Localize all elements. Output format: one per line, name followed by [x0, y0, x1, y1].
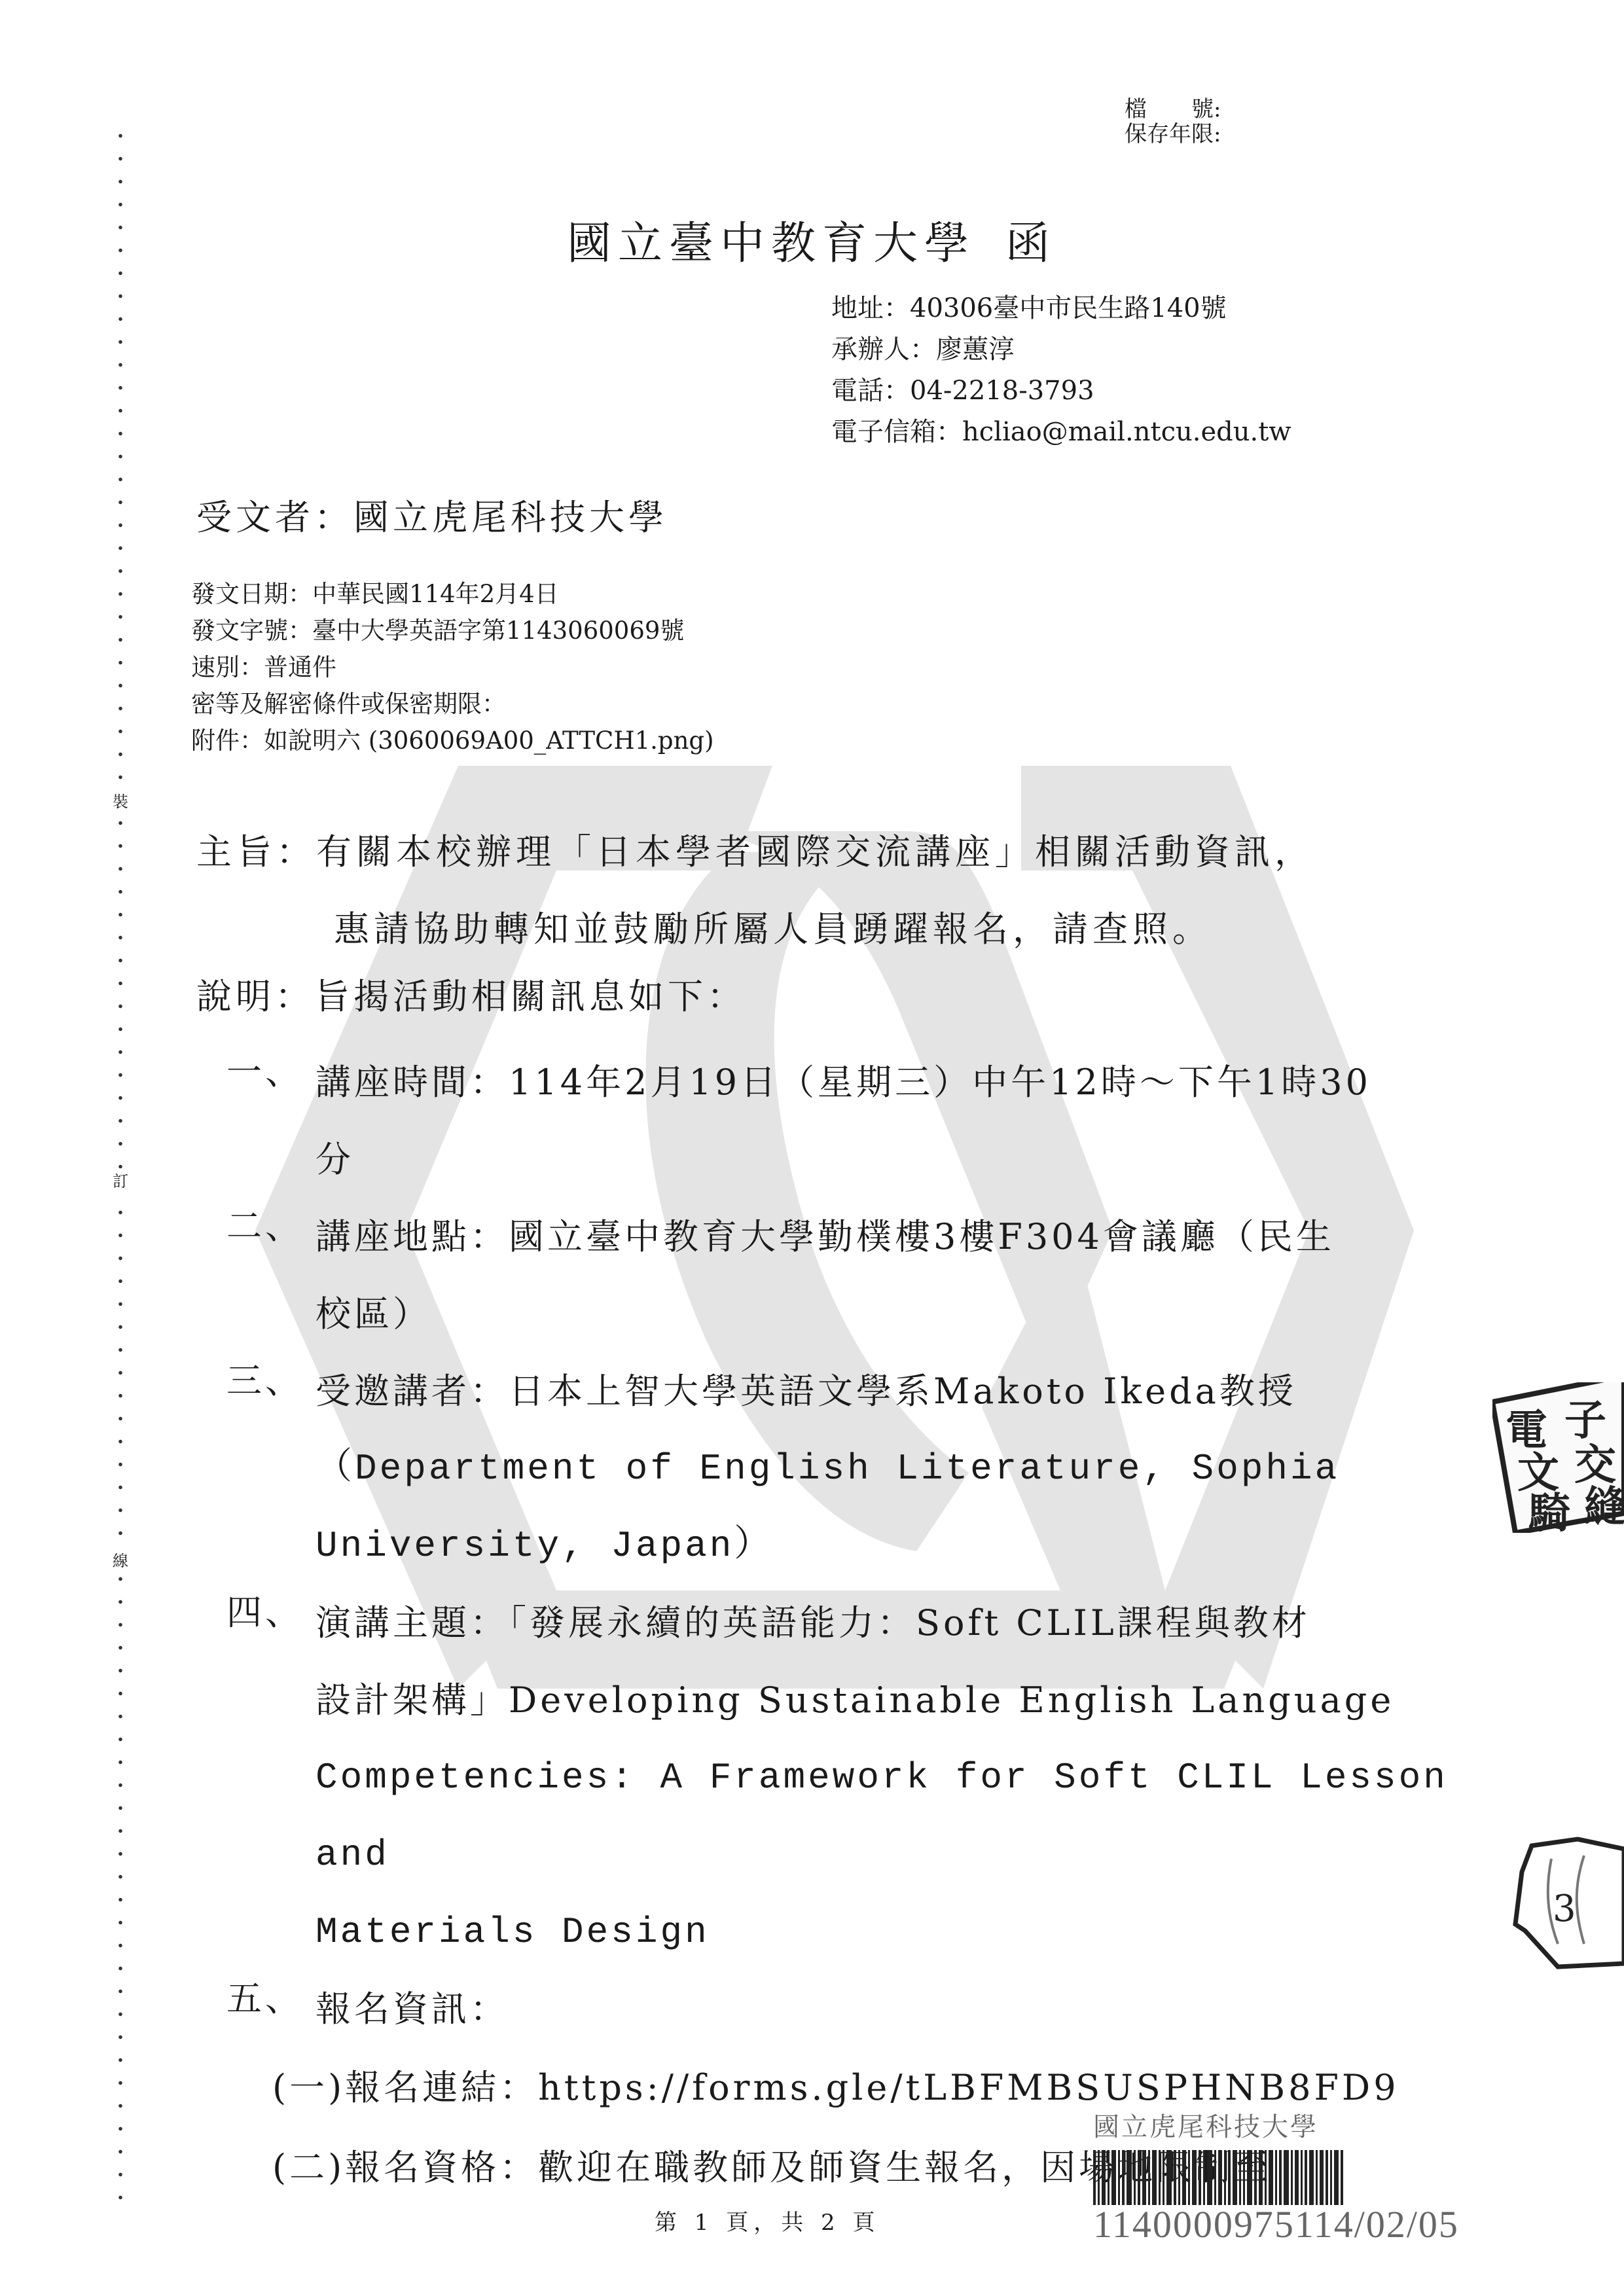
- list-item: 二、 講座地點：國立臺中教育大學勤樸樓3樓F304會議廳（民生 校區）: [226, 1198, 1457, 1353]
- item-number: 四、: [226, 1585, 316, 1971]
- sender-name: 國立臺中教育大學: [567, 218, 975, 270]
- item-number: 二、: [226, 1198, 316, 1353]
- item-line: 校區）: [316, 1276, 1457, 1353]
- contact-block: 地址：40306臺中市民生路140號 承辦人：廖蕙淳 電話：04-2218-37…: [831, 288, 1291, 453]
- item-line: 受邀講者：日本上智大學英語文學系Makoto Ikeda教授: [316, 1353, 1457, 1430]
- svg-text:電: 電: [1506, 1406, 1547, 1455]
- item-line: 分: [316, 1121, 1457, 1198]
- list-item: 四、 演講主題：「發展永續的英語能力：Soft CLIL課程與教材 設計架構」D…: [226, 1585, 1457, 1971]
- item-line: Materials Design: [316, 1893, 1457, 1971]
- item-number: 三、: [226, 1353, 316, 1585]
- secrecy-level: 密等及解密條件或保密期限：: [191, 686, 714, 723]
- urgency: 速別：普通件: [191, 649, 714, 686]
- file-number-label: 檔 號:: [1125, 97, 1221, 122]
- binding-label-line: 線: [110, 1548, 131, 1574]
- svg-text:騎: 騎: [1528, 1489, 1570, 1533]
- reference-number: 發文字號：臺中大學英語字第1143060069號: [191, 613, 714, 649]
- address: 地址：40306臺中市民生路140號: [831, 288, 1291, 329]
- list-item: 一、 講座時間：114年2月19日（星期三）中午12時～下午1時30 分: [226, 1044, 1457, 1198]
- receipt-stamp: 國立虎尾科技大學 1140000975 114/02/05: [1093, 2106, 1434, 2246]
- item-line: Competencies: A Framework for Soft CLIL …: [316, 1739, 1457, 1893]
- document-type: 函: [1005, 218, 1056, 270]
- handler: 承辦人：廖蕙淳: [831, 329, 1291, 370]
- electronic-doc-seal: 電 子 文 交 騎 縫: [1492, 1382, 1624, 1533]
- email: 電子信箱：hcliao@mail.ntcu.edu.tw: [831, 412, 1291, 453]
- item-line: 演講主題：「發展永續的英語能力：Soft CLIL課程與教材: [316, 1585, 1457, 1662]
- item-line: 講座地點：國立臺中教育大學勤樸樓3樓F304會議廳（民生: [316, 1198, 1457, 1276]
- document-page: 裝 訂 線 檔 號: 保存年限: 國立臺中教育大學函 地址：40306臺中市民生…: [0, 0, 1624, 2296]
- item-line: 設計架構」Developing Sustainable English Lang…: [316, 1662, 1457, 1739]
- explanation-items: 一、 講座時間：114年2月19日（星期三）中午12時～下午1時30 分 二、 …: [226, 1044, 1457, 2208]
- issue-date: 發文日期：中華民國114年2月4日: [191, 576, 714, 613]
- list-item: 五、 報名資訊：: [226, 1971, 1457, 2048]
- binding-line: [118, 124, 122, 2206]
- retention-period-label: 保存年限:: [1125, 122, 1221, 147]
- item-line: （Department of English Literature, Sophi…: [316, 1430, 1457, 1507]
- page-seal: 3: [1512, 1833, 1624, 1970]
- recipient: 受文者：國立虎尾科技大學: [196, 490, 668, 540]
- subject-section: 主旨：有關本校辦理「日本學者國際交流講座」相關活動資訊， 惠請協助轉知並鼓勵所屬…: [196, 814, 1314, 968]
- subject-line-2: 惠請協助轉知並鼓勵所屬人員踴躍報名，請查照。: [196, 891, 1314, 968]
- document-meta: 發文日期：中華民國114年2月4日 發文字號：臺中大學英語字第114306006…: [191, 576, 714, 759]
- binding-label-bind: 裝: [110, 789, 131, 815]
- receipt-number: 1140000975: [1093, 2202, 1295, 2246]
- subject-label: 主旨：: [196, 831, 316, 872]
- list-item: 三、 受邀講者：日本上智大學英語文學系Makoto Ikeda教授 （Depar…: [226, 1353, 1457, 1585]
- barcode: [1093, 2150, 1434, 2205]
- subject-line-1: 有關本校辦理「日本學者國際交流講座」相關活動資訊，: [316, 831, 1314, 872]
- svg-text:子: 子: [1564, 1396, 1606, 1445]
- svg-text:3: 3: [1553, 1888, 1576, 1930]
- item-line: University, Japan）: [316, 1507, 1457, 1585]
- explanation-label: 說明：旨揭活動相關訊息如下：: [196, 969, 746, 1019]
- item-number: 一、: [226, 1044, 316, 1198]
- receipt-date: 114/02/05: [1295, 2202, 1459, 2246]
- filing-info: 檔 號: 保存年限:: [1125, 97, 1221, 147]
- phone: 電話：04-2218-3793: [831, 370, 1291, 412]
- attachment: 附件：如說明六 (3060069A00_ATTCH1.png): [191, 723, 714, 759]
- svg-text:縫: 縫: [1584, 1482, 1624, 1532]
- binding-label-staple: 訂: [110, 1168, 131, 1194]
- page-indicator: 第 1 頁，共 2 頁: [655, 2204, 880, 2236]
- item-line: 講座時間：114年2月19日（星期三）中午12時～下午1時30: [316, 1044, 1457, 1121]
- receipt-org: 國立虎尾科技大學: [1093, 2106, 1434, 2144]
- item-line: 報名資訊：: [316, 1971, 1457, 2048]
- item-number: 五、: [226, 1971, 316, 2048]
